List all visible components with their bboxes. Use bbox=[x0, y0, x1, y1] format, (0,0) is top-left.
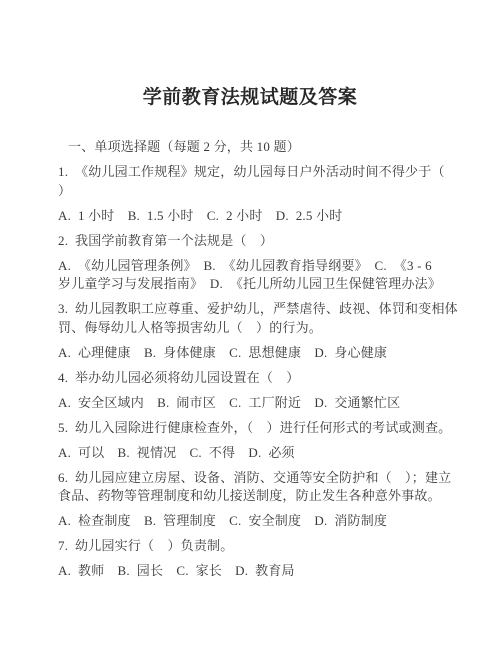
question-options: A. 1 小时 B. 1.5 小时 C. 2 小时 D. 2.5 小时 bbox=[58, 207, 460, 226]
question-options: A. 安全区域内 B. 闹市区 C. 工厂附近 D. 交通繁忙区 bbox=[58, 394, 460, 413]
question-block-6: 6. 幼儿园应建立房屋、设备、消防、交通等安全防护和（ ）；建立 食品、药物等管… bbox=[58, 469, 460, 531]
question-block-2: 2. 我国学前教育第一个法规是（ ） A. 《幼儿园管理条例》 B. 《幼儿园教… bbox=[58, 232, 460, 294]
question-text: 2. 我国学前教育第一个法规是（ ） bbox=[58, 232, 460, 251]
question-text: 4. 举办幼儿园必须将幼儿园设置在（ ） bbox=[58, 369, 460, 388]
question-block-7: 7. 幼儿园实行（ ）负责制。 A. 教师 B. 园长 C. 家长 D. 教育局 bbox=[58, 537, 460, 581]
document-page: 学前教育法规试题及答案 一、单项选择题（每题 2 分，共 10 题） 1. 《幼… bbox=[0, 0, 500, 647]
question-text: 5. 幼儿入园除进行健康检查外，（ ）进行任何形式的考试或测查。 bbox=[58, 419, 460, 438]
question-block-3: 3. 幼儿园教职工应尊重、爱护幼儿，严禁虐待、歧视、体罚和变相体 罚、侮辱幼儿人… bbox=[58, 300, 460, 362]
question-block-5: 5. 幼儿入园除进行健康检查外，（ ）进行任何形式的考试或测查。 A. 可以 B… bbox=[58, 419, 460, 463]
question-text: 6. 幼儿园应建立房屋、设备、消防、交通等安全防护和（ ）；建立 食品、药物等管… bbox=[58, 469, 460, 506]
question-options: A. 检查制度 B. 管理制度 C. 安全制度 D. 消防制度 bbox=[58, 512, 460, 531]
question-options: A. 教师 B. 园长 C. 家长 D. 教育局 bbox=[58, 562, 460, 581]
question-block-4: 4. 举办幼儿园必须将幼儿园设置在（ ） A. 安全区域内 B. 闹市区 C. … bbox=[58, 369, 460, 413]
question-options: A. 《幼儿园管理条例》 B. 《幼儿园教育指导纲要》 C. 《3 - 6 岁儿… bbox=[58, 257, 460, 294]
question-text: 3. 幼儿园教职工应尊重、爱护幼儿，严禁虐待、歧视、体罚和变相体 罚、侮辱幼儿人… bbox=[58, 300, 460, 337]
question-options: A. 心理健康 B. 身体健康 C. 思想健康 D. 身心健康 bbox=[58, 344, 460, 363]
question-block-1: 1. 《幼儿园工作规程》规定，幼儿园每日户外活动时间不得少于（ ） A. 1 小… bbox=[58, 163, 460, 225]
question-options: A. 可以 B. 视情况 C. 不得 D. 必须 bbox=[58, 444, 460, 463]
document-title: 学前教育法规试题及答案 bbox=[58, 84, 442, 111]
section-heading: 一、单项选择题（每题 2 分，共 10 题） bbox=[58, 138, 460, 157]
question-text: 1. 《幼儿园工作规程》规定，幼儿园每日户外活动时间不得少于（ ） bbox=[58, 163, 460, 200]
question-text: 7. 幼儿园实行（ ）负责制。 bbox=[58, 537, 460, 556]
